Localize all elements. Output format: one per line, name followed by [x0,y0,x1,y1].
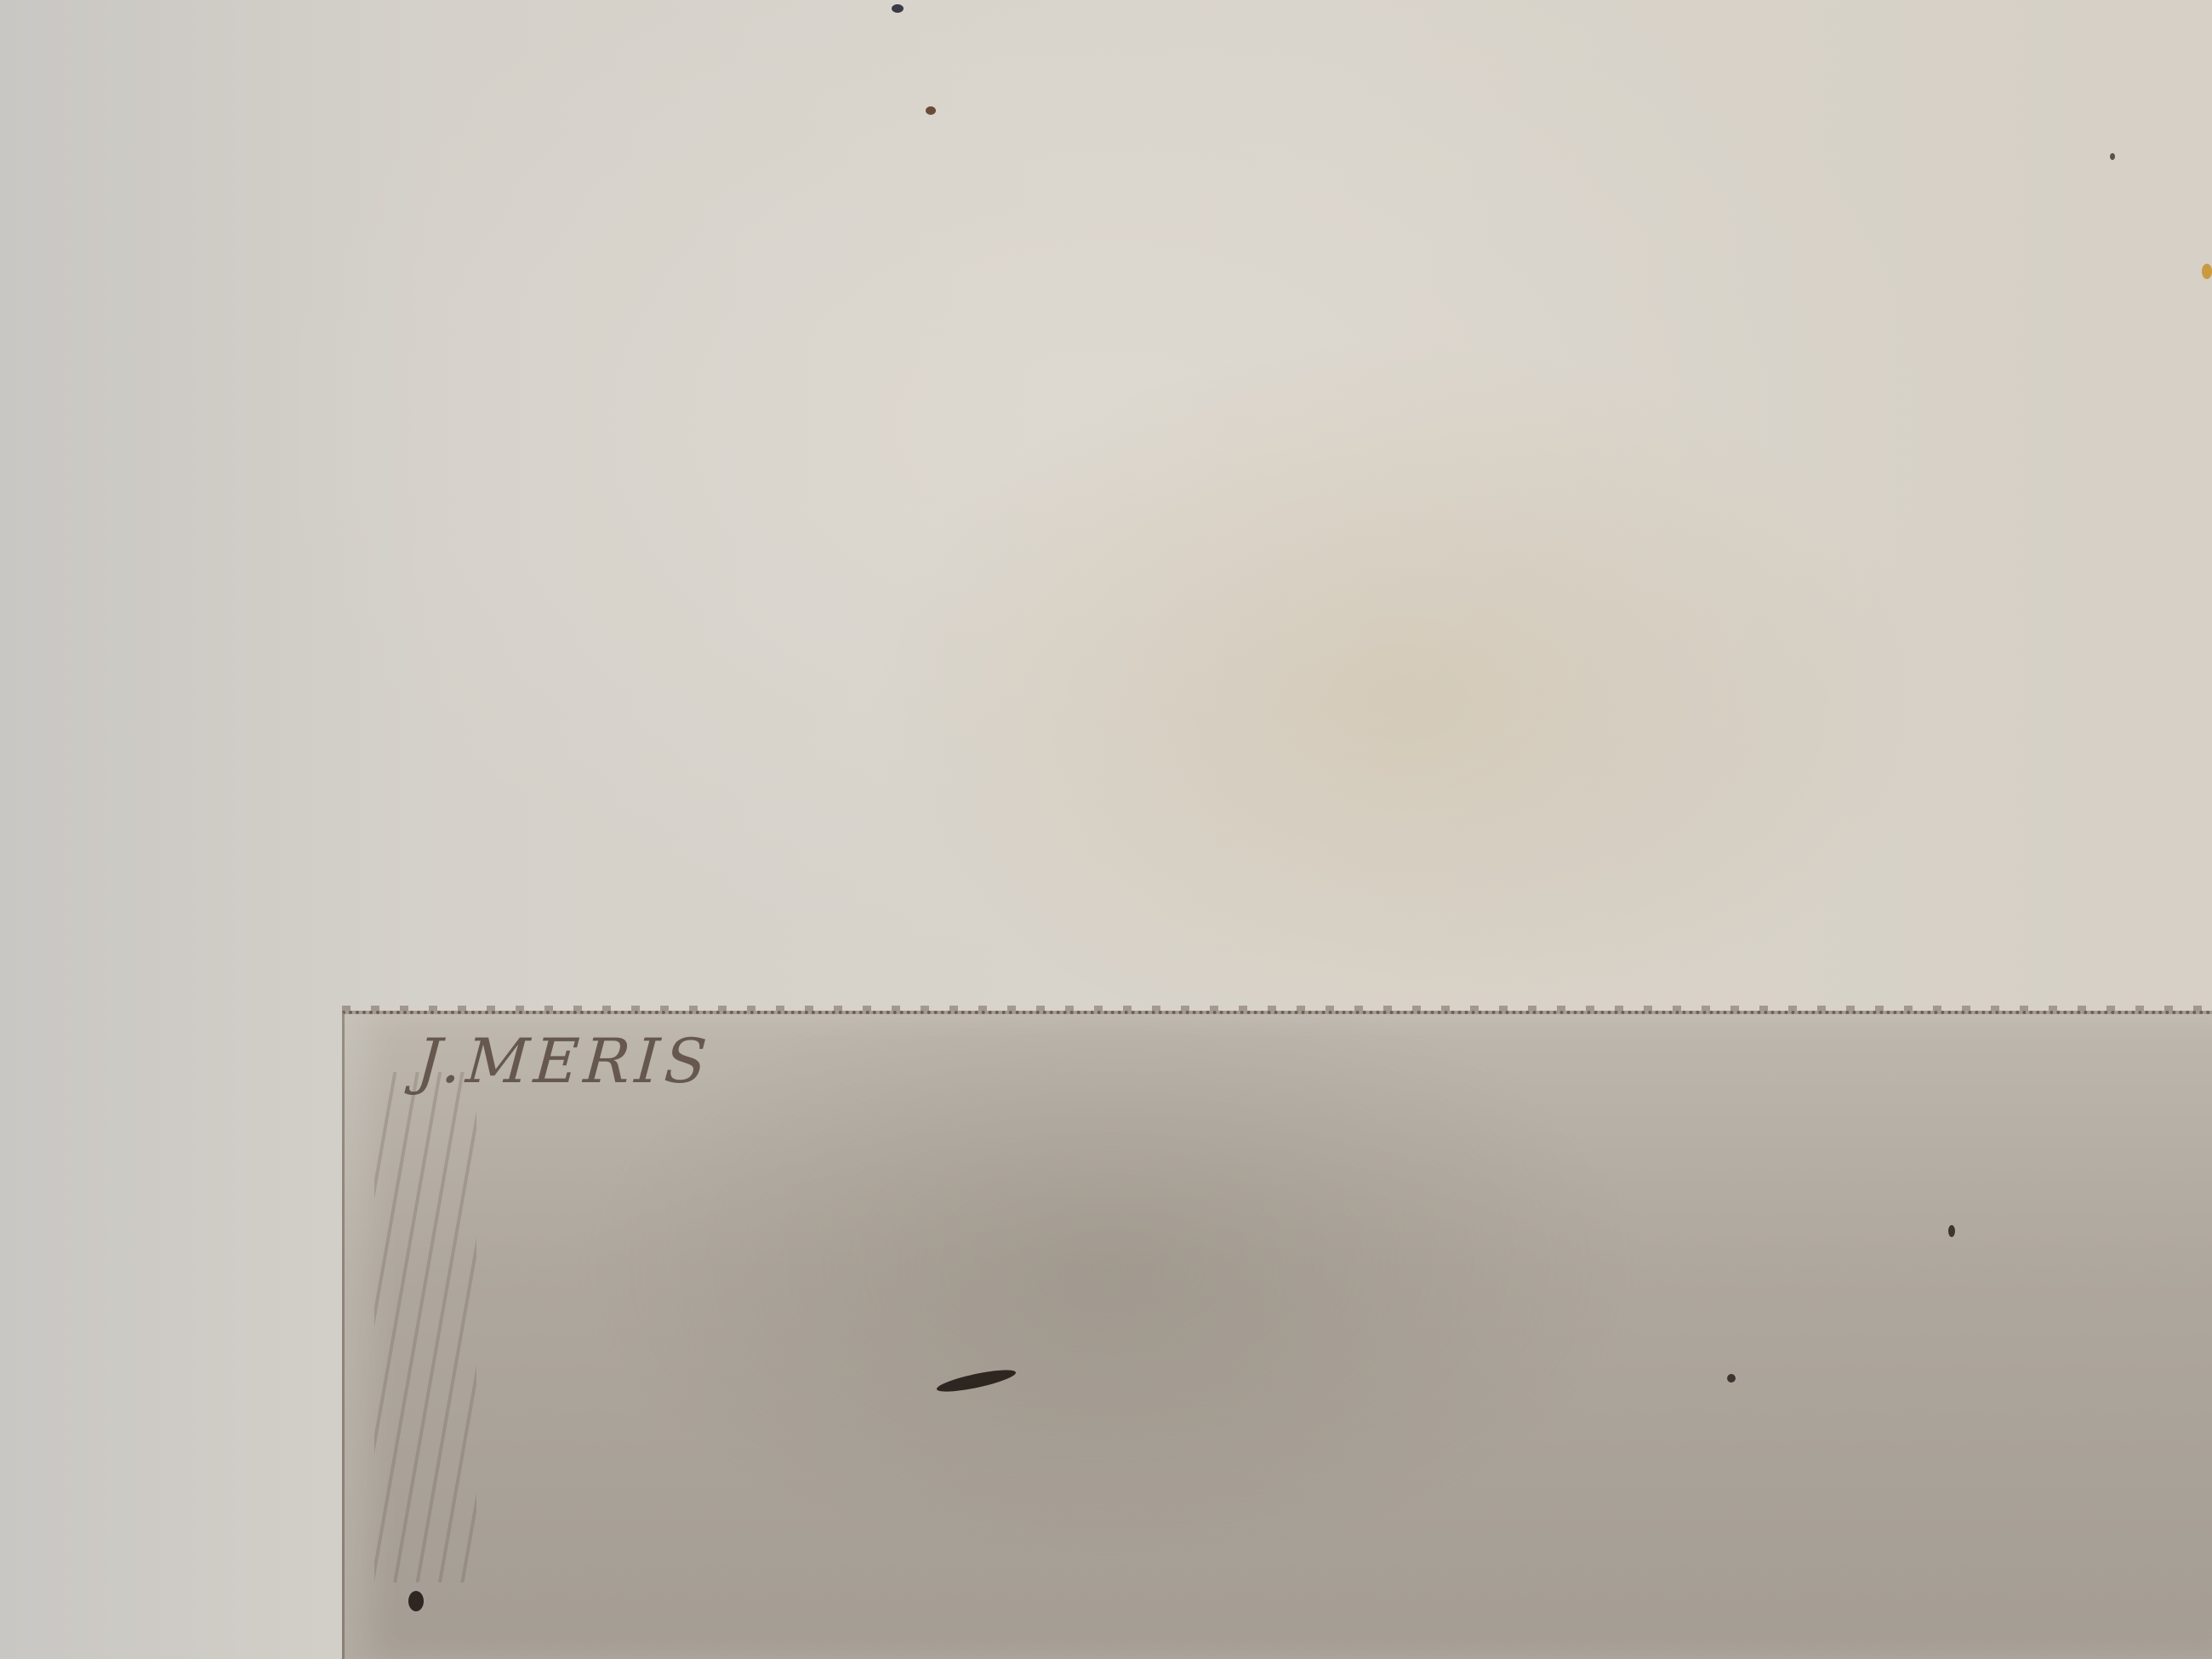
plate-speck [408,1591,424,1611]
paper-speck [2110,153,2115,160]
paper-speck [926,106,936,115]
paper-speck [2202,264,2212,279]
artist-inscription: J.MERIS [414,1025,714,1097]
paper-speck [892,4,904,13]
plate-speck [1948,1225,1955,1237]
plate-speck [1727,1374,1736,1382]
plate-left-hatching [374,1072,476,1582]
etched-plate-area [342,1011,2212,1659]
